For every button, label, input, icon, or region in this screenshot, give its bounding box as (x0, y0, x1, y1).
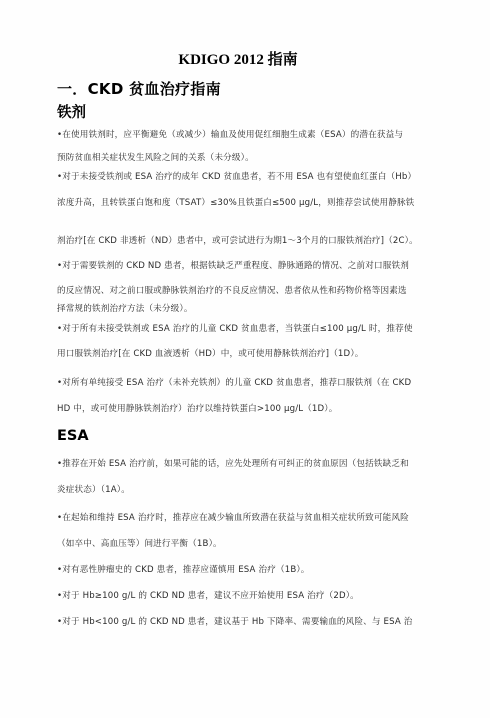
paragraph-line: •在使用铁剂时，应平衡避免（或减少）输血及使用促红细胞生成素（ESA）的潜在获益… (57, 129, 422, 141)
paragraph-line: •对所有单纯接受 ESA 治疗（未补充铁剂）的儿童 CKD 贫血患者，推荐口服铁… (57, 377, 422, 389)
paragraph-line: 剂治疗[在 CKD 非透析（ND）患者中，或可尝试进行为期1～3个月的口服铁剂治… (57, 235, 422, 247)
subsection-heading-iron: 铁剂 (57, 104, 86, 122)
document-title: KDIGO 2012 指南 (0, 50, 476, 70)
paragraph-line: 择常规的铁剂治疗方法（未分级）。 (57, 303, 422, 315)
subsection-heading-esa: ESA (57, 427, 89, 445)
document-page: KDIGO 2012 指南 一．CKD 贫血治疗指南 铁剂 •在使用铁剂时，应平… (0, 0, 490, 718)
paragraph-line: 用口服铁剂治疗[在 CKD 血液透析（HD）中，或可使用静脉铁剂治疗]（1D）。 (57, 348, 422, 360)
paragraph-line: •对于 Hb<100 g/L 的 CKD ND 患者，建议基于 Hb 下降率、需… (57, 616, 422, 628)
paragraph-line: 浓度升高，且转铁蛋白饱和度（TSAT）≤30%且铁蛋白≤500 μg/L，则推荐… (57, 197, 422, 209)
paragraph-line: 预防贫血相关症状发生风险之间的关系（未分级）。 (57, 152, 422, 164)
paragraph-line: •在起始和维持 ESA 治疗时，推荐应在减少输血所致潜在获益与贫血相关症状所致可… (57, 512, 422, 524)
paragraph-line: 的反应情况、对之前口服或静脉铁剂治疗的不良反应情况、患者依从性和药物价格等因素选 (57, 285, 422, 297)
paragraph-line: 炎症状态）（1A）。 (57, 484, 422, 496)
paragraph-line: （如卒中、高血压等）间进行平衡（1B）。 (57, 538, 422, 550)
paragraph-line: •对于未接受铁剂或 ESA 治疗的成年 CKD 贫血患者，若不用 ESA 也有望… (57, 171, 422, 183)
paragraph-line: •推荐在开始 ESA 治疗前，如果可能的话，应先处理所有可纠正的贫血原因（包括铁… (57, 458, 422, 470)
paragraph-line: •对于所有未接受铁剂或 ESA 治疗的儿童 CKD 贫血患者，当铁蛋白≤100 … (57, 323, 422, 335)
paragraph-line: HD 中，或可使用静脉铁剂治疗）治疗以维持铁蛋白>100 μg/L（1D）。 (57, 403, 422, 415)
paragraph-line: •对于 Hb≥100 g/L 的 CKD ND 患者，建议不应开始使用 ESA … (57, 590, 422, 602)
paragraph-line: •对有恶性肿瘤史的 CKD 患者，推荐应谨慎用 ESA 治疗（1B）。 (57, 564, 422, 576)
paragraph-line: •对于需要铁剂的 CKD ND 患者，根据铁缺乏严重程度、静脉通路的情况、之前对… (57, 260, 422, 272)
section-heading: 一．CKD 贫血治疗指南 (57, 79, 221, 99)
